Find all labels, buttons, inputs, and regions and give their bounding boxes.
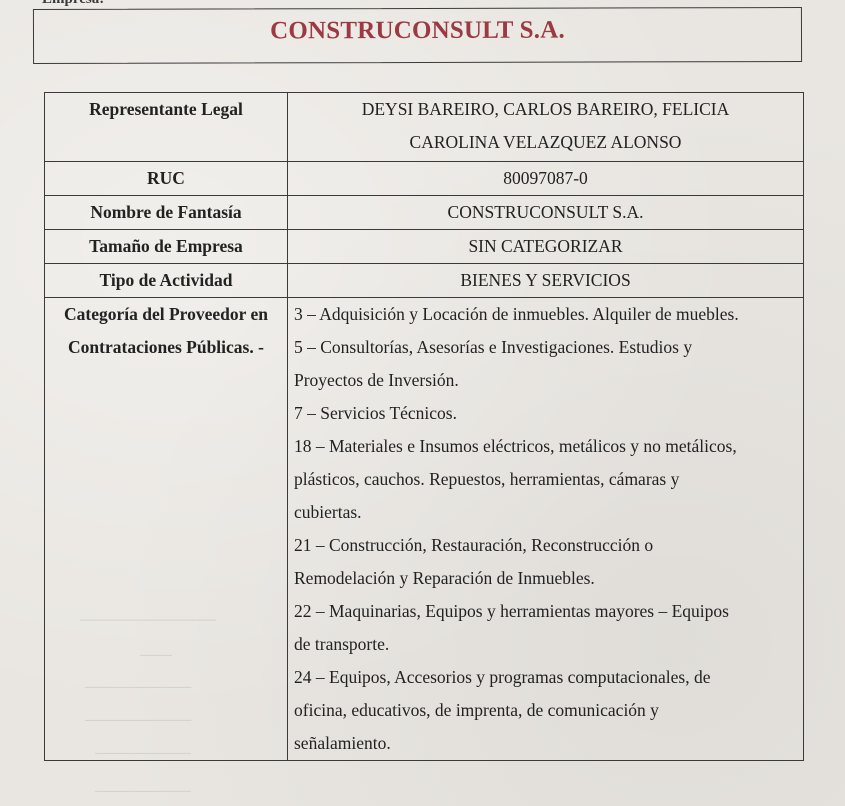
category-line: 18 – Materiales e Insumos eléctricos, me…: [294, 430, 803, 463]
label-cell: Categoría del Proveedor en Contratacione…: [45, 298, 288, 761]
table-row-nombre-fantasia: Nombre de Fantasía CONSTRUCONSULT S.A.: [45, 196, 804, 230]
company-title: CONSTRUCONSULT S.A.: [270, 16, 565, 45]
value-cell: CONSTRUCONSULT S.A.: [288, 196, 804, 230]
company-title-box: CONSTRUCONSULT S.A.: [33, 7, 802, 64]
supplier-info-table: Representante Legal DEYSI BAREIRO, CARLO…: [44, 92, 804, 761]
table-row-categoria-proveedor: Categoría del Proveedor en Contratacione…: [45, 298, 804, 761]
section-label-empresa: Empresa:: [42, 0, 104, 8]
value-line: CAROLINA VELAZQUEZ ALONSO: [288, 126, 803, 159]
row-label-line: Categoría del Proveedor en: [45, 298, 287, 331]
category-line: 21 – Construcción, Restauración, Reconst…: [294, 529, 803, 562]
category-line: plásticos, cauchos. Repuestos, herramien…: [294, 463, 803, 496]
category-line: Remodelación y Reparación de Inmuebles.: [294, 562, 803, 595]
row-label: Tamaño de Empresa: [89, 236, 243, 256]
category-line: 24 – Equipos, Accesorios y programas com…: [294, 661, 803, 694]
category-line: de transporte.: [294, 628, 803, 661]
category-line: 22 – Maquinarias, Equipos y herramientas…: [294, 595, 803, 628]
category-list-cell: 3 – Adquisición y Locación de inmuebles.…: [288, 298, 804, 761]
label-cell: Representante Legal: [45, 93, 288, 162]
label-cell: Tamaño de Empresa: [45, 230, 288, 264]
value-cell: SIN CATEGORIZAR: [288, 230, 804, 264]
category-line: 3 – Adquisición y Locación de inmuebles.…: [294, 298, 803, 331]
row-label: RUC: [147, 168, 185, 188]
table-row-tipo-actividad: Tipo de Actividad BIENES Y SERVICIOS: [45, 264, 804, 298]
label-cell: Nombre de Fantasía: [45, 196, 288, 230]
row-label: Representante Legal: [89, 99, 243, 119]
category-line: señalamiento.: [294, 727, 803, 760]
row-value: BIENES Y SERVICIOS: [460, 270, 630, 290]
row-value: SIN CATEGORIZAR: [468, 236, 622, 256]
row-label: Nombre de Fantasía: [90, 202, 241, 222]
row-label-line: Contrataciones Públicas. -: [45, 331, 287, 364]
value-cell: BIENES Y SERVICIOS: [288, 264, 804, 298]
bleed-through-mark: ─────────: [95, 784, 191, 801]
value-cell: DEYSI BAREIRO, CARLOS BAREIRO, FELICIA C…: [288, 93, 804, 162]
category-line: 7 – Servicios Técnicos.: [294, 397, 803, 430]
category-line: oficina, educativos, de imprenta, de com…: [294, 694, 803, 727]
value-cell: 80097087-0: [288, 162, 804, 196]
label-cell: RUC: [45, 162, 288, 196]
category-line: Proyectos de Inversión.: [294, 364, 803, 397]
row-value: CONSTRUCONSULT S.A.: [448, 202, 644, 222]
row-label: Tipo de Actividad: [100, 270, 233, 290]
category-line: cubiertas.: [294, 496, 803, 529]
value-line: DEYSI BAREIRO, CARLOS BAREIRO, FELICIA: [288, 93, 803, 126]
table-row-representante-legal: Representante Legal DEYSI BAREIRO, CARLO…: [45, 93, 804, 162]
category-line: 5 – Consultorías, Asesorías e Investigac…: [294, 331, 803, 364]
table-row-tamano-empresa: Tamaño de Empresa SIN CATEGORIZAR: [45, 230, 804, 264]
table-row-ruc: RUC 80097087-0: [45, 162, 804, 196]
row-value: 80097087-0: [503, 168, 588, 188]
label-cell: Tipo de Actividad: [45, 264, 288, 298]
